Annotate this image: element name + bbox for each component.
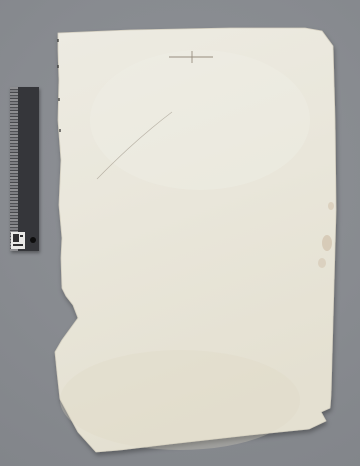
manuscript-scene bbox=[0, 0, 360, 466]
registration-dot bbox=[30, 237, 36, 243]
calibration-tick-labels bbox=[10, 87, 18, 251]
paper-toning bbox=[60, 350, 300, 450]
color-calibration-strip bbox=[10, 87, 39, 251]
stain bbox=[328, 202, 334, 210]
paper-sheen bbox=[90, 50, 310, 190]
manuscript-page bbox=[55, 28, 336, 452]
archival-photo bbox=[0, 0, 360, 466]
calibration-label bbox=[11, 232, 25, 249]
stain bbox=[322, 235, 332, 251]
stain bbox=[318, 258, 326, 268]
